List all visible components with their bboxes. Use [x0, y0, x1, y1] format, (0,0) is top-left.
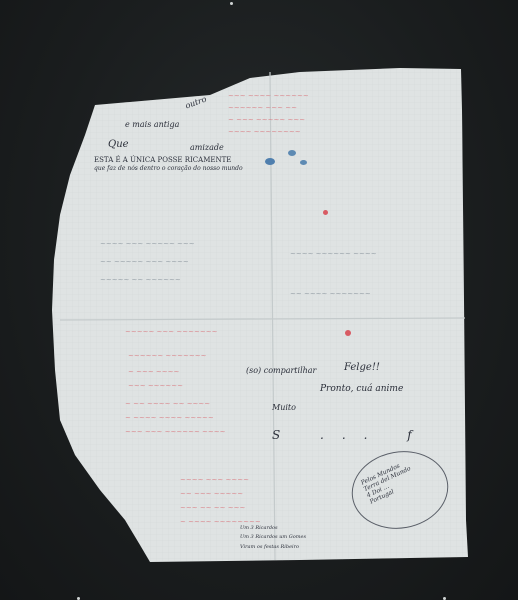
red-scribble: ~~~ ~~~~~~: [128, 382, 183, 390]
red-dot: [345, 330, 351, 336]
red-scribble: ~~ ~~~ ~~~~~: [180, 490, 243, 498]
red-scribble: ~~~~~ ~~~ ~~~~~~~: [125, 328, 217, 336]
faint-text: ~~~~~ ~~ ~~~~~~: [100, 276, 181, 284]
note-line: Pronto, cuá anime: [320, 384, 403, 394]
note-word: amizade: [190, 143, 224, 152]
red-dot: [323, 210, 328, 215]
faint-text: ~~ ~~~~ ~~~~~~~: [290, 290, 371, 298]
red-scribble: ~~~~ ~~~~~~~~: [228, 128, 301, 136]
faint-text: ~~~~ ~~~~~~ ~~~~: [290, 250, 377, 258]
note-line: ESTA É A ÚNICA POSSE RICAMENTE: [94, 156, 231, 164]
note-line: que faz de nós dentro o coração do nosso…: [94, 165, 243, 172]
note-word: e mais antiga: [125, 120, 179, 129]
ink-blot: [288, 150, 296, 156]
red-scribble: ~ ~~~ ~~~~~ ~~~: [228, 116, 305, 124]
note-line: Um 3 Ricardos: [240, 525, 278, 531]
note-line: Um 3 Ricardos um Gomes: [240, 534, 306, 540]
note-line: Viram os festas Ribeiro: [240, 544, 299, 550]
note-line: Felge!!: [344, 362, 380, 373]
faint-text: ~~ ~~~~~ ~~~ ~~~~: [100, 258, 189, 266]
red-scribble: ~~~ ~~ ~~ ~~~: [180, 504, 245, 512]
note-line: (so) compartilhar: [246, 366, 316, 375]
red-scribble: ~~~~ ~~~ ~~~~: [180, 476, 249, 484]
red-scribble: ~~~ ~~~~ ~~~~~~: [228, 92, 309, 100]
red-scribble: ~~~~~~ ~~~~~~~: [128, 352, 206, 360]
red-scribble: ~ ~~ ~~~~ ~~ ~~~~: [125, 400, 210, 408]
ink-blot: [300, 160, 307, 165]
ink-blot: [265, 158, 275, 165]
faint-text: ~~~~ ~~~ ~~~~~ ~~~: [100, 240, 195, 248]
note-line: Muito: [272, 403, 296, 412]
note-line: S ... f: [272, 428, 430, 442]
red-scribble: ~~~~~~ ~~~ ~~: [228, 104, 297, 112]
note-word: Que: [108, 139, 129, 150]
paper-sheet: [0, 0, 518, 600]
red-scribble: ~~~ ~~~ ~~~~~~ ~~~~: [125, 428, 226, 436]
red-scribble: ~ ~~~ ~~~~: [128, 368, 179, 376]
red-scribble: ~ ~~~~ ~~~~ ~~~~~: [125, 414, 214, 422]
